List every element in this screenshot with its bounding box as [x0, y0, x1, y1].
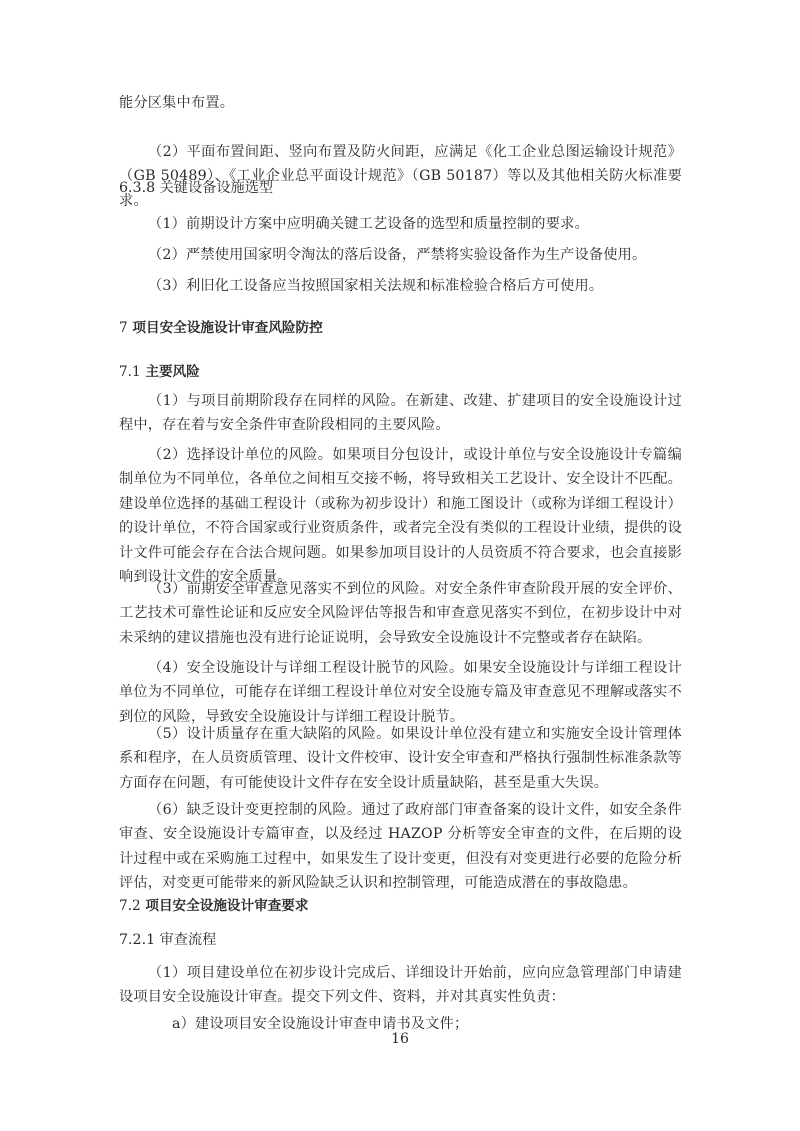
heading-7-2: 7.2 项目安全设施设计审查要求 — [119, 894, 308, 918]
paragraph-continuation: 能分区集中布置。 — [119, 91, 682, 115]
heading-number: 7.1 — [119, 364, 141, 380]
paragraph-equipment-2: （2）严禁使用国家明令淘汰的落后设备，严禁将实验设备作为生产设备使用。 — [119, 243, 682, 267]
heading-7-1: 7.1 主要风险 — [119, 360, 200, 384]
heading-text: 项目安全设施设计审查要求 — [145, 898, 308, 914]
paragraph-risk-2: （2）选择设计单位的风险。如果项目分包设计，或设计单位与安全设施设计专篇编制单位… — [119, 443, 682, 589]
heading-number: 7.2 — [119, 898, 141, 914]
heading-7: 7 项目安全设施设计审查风险防控 — [119, 316, 323, 340]
paragraph-risk-1: （1）与项目前期阶段存在同样的风险。在新建、改建、扩建项目的安全设施设计过程中，… — [119, 389, 682, 438]
page-number: 16 — [0, 1029, 800, 1049]
heading-text: 主要风险 — [145, 364, 199, 380]
heading-number: 7 — [119, 320, 128, 336]
paragraph-risk-4: （4）安全设施设计与详细工程设计脱节的风险。如果安全设施设计与详细工程设计单位为… — [119, 656, 682, 729]
paragraph-review-1: （1）项目建设单位在初步设计完成后、详细设计开始前，应向应急管理部门申请建设项目… — [119, 961, 682, 1010]
heading-7-2-1: 7.2.1 审查流程 — [119, 928, 216, 952]
paragraph-equipment-1: （1）前期设计方案中应明确关键工艺设备的选型和质量控制的要求。 — [119, 212, 682, 236]
paragraph-risk-3: （3）前期安全审查意见落实不到位的风险。对安全条件审查阶段开展的安全评价、工艺技… — [119, 577, 682, 650]
paragraph-risk-6: （6）缺乏设计变更控制的风险。通过了政府部门审查备案的设计文件，如安全条件审查、… — [119, 798, 682, 896]
heading-text: 项目安全设施设计审查风险防控 — [132, 320, 322, 336]
paragraph-risk-5: （5）设计质量存在重大缺陷的风险。如果设计单位没有建立和实施安全设计管理体系和程… — [119, 722, 682, 795]
paragraph-equipment-3: （3）利旧化工设备应当按照国家相关法规和标准检验合格后方可使用。 — [119, 274, 682, 298]
heading-6-3-8: 6.3.8 关键设备设施选型 — [119, 176, 273, 200]
